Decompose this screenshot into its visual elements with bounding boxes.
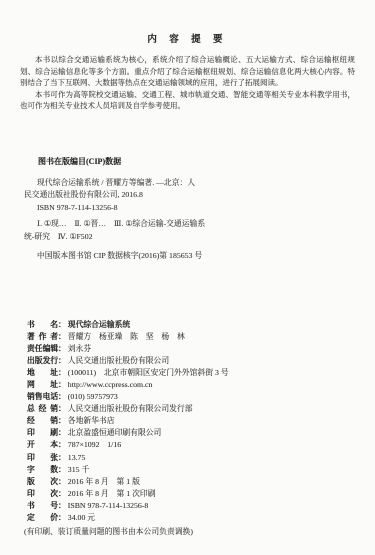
field-label: 印次	[27, 488, 58, 500]
field-value: 晋耀方 杨亚璪 陈 坚 杨 林	[68, 332, 185, 341]
label-colon: ：	[58, 513, 66, 522]
field-value: 2016 年 8 月 第 1 版	[68, 477, 140, 486]
label-colon: ：	[58, 380, 66, 389]
field-label: 总经销	[27, 403, 58, 415]
label-colon: ：	[58, 489, 66, 498]
summary-paragraph: 本书以综合交通运输系统为核心，系统介绍了综合运输概论、五大运输方式、综合运输枢纽…	[20, 54, 355, 89]
field-label: 责任编辑	[27, 343, 58, 355]
field-value: 现代综合运输系统	[68, 320, 130, 329]
colophon-row-title: 书名：现代综合运输系统	[27, 319, 355, 331]
field-label: 字数	[27, 464, 58, 476]
field-label: 书号	[27, 500, 58, 512]
field-value: ISBN 978-7-114-13256-8	[68, 501, 149, 510]
field-value: 2016 年 8 月 第 1 次印刷	[68, 489, 156, 498]
field-label: 网址	[27, 379, 58, 391]
label-colon: ：	[58, 344, 66, 353]
field-value: http://www.ccpress.com.cn	[68, 380, 153, 389]
field-label: 出版发行	[27, 355, 58, 367]
field-value: 787×1092 1/16	[68, 440, 121, 449]
colophon-row-impression: 印次：2016 年 8 月 第 1 次印刷	[27, 488, 355, 500]
field-value: 北京盈盛恒通印刷有限公司	[68, 428, 162, 437]
colophon-row-authors: 著作者：晋耀方 杨亚璪 陈 坚 杨 林	[27, 331, 355, 343]
colophon-row-website: 网址：http://www.ccpress.com.cn	[27, 379, 355, 391]
label-colon: ：	[58, 501, 66, 510]
field-value: 人民交通出版社股份有限公司	[68, 356, 169, 365]
label-colon: ：	[58, 404, 66, 413]
label-colon: ：	[58, 477, 66, 486]
cip-classification-line: Ⅰ. ①现… Ⅱ. ①晋… Ⅲ. ①综合运输-交通运输系	[24, 218, 355, 231]
field-value: 人民交通出版社股份有限公司发行部	[68, 404, 193, 413]
cip-isbn-line: ISBN 978-7-114-13256-8	[24, 202, 355, 215]
field-value: 各地新华书店	[68, 416, 115, 425]
colophon-row-address: 地址：(100011) 北京市朝阳区安定门外外馆斜街 3 号	[27, 367, 355, 379]
field-label: 印刷	[27, 427, 58, 439]
summary-paragraph: 本书可作为高等院校交通运输、交通工程、城市轨道交通、智能交通等相关专业本科教学用…	[20, 89, 355, 112]
cip-record-line: 民交通出版社股份有限公司, 2016.8	[24, 189, 355, 202]
field-label: 书名	[27, 319, 58, 331]
field-value: 315 千	[68, 465, 89, 474]
colophon-row-edition: 版次：2016 年 8 月 第 1 版	[27, 476, 355, 488]
colophon-row-retail: 经销：各地新华书店	[27, 415, 355, 427]
book-copyright-page: 内 容 提 要 本书以综合交通运输系统为核心，系统介绍了综合运输概论、五大运输方…	[0, 0, 375, 555]
content-summary-section: 内 容 提 要 本书以综合交通运输系统为核心，系统介绍了综合运输概论、五大运输方…	[20, 0, 355, 112]
field-value: 13.75	[68, 453, 86, 462]
colophon-row-sheets: 印张：13.75	[27, 452, 355, 464]
field-label: 地址	[27, 367, 58, 379]
field-value: (100011) 北京市朝阳区安定门外外馆斜街 3 号	[68, 368, 229, 377]
colophon-row-publisher: 出版发行：人民交通出版社股份有限公司	[27, 355, 355, 367]
colophon-row-word-count: 字数：315 千	[27, 464, 355, 476]
label-colon: ：	[58, 320, 66, 329]
field-label: 定价	[27, 512, 58, 524]
label-colon: ：	[58, 453, 66, 462]
cip-section: 图书在版编目(CIP)数据 现代综合运输系统 / 晋耀方等编著. —北京：人 民…	[20, 156, 355, 263]
colophon-row-isbn: 书号：ISBN 978-7-114-13256-8	[27, 500, 355, 512]
label-colon: ：	[58, 356, 66, 365]
colophon-row-sales-phone: 销售电话：(010) 59757973	[27, 391, 355, 403]
colophon-row-printer: 印刷：北京盈盛恒通印刷有限公司	[27, 427, 355, 439]
cip-heading: 图书在版编目(CIP)数据	[38, 156, 355, 168]
field-label: 印张	[27, 452, 58, 464]
cip-record: 现代综合运输系统 / 晋耀方等编著. —北京：人 民交通出版社股份有限公司, 2…	[20, 177, 355, 215]
field-value: 刘永芬	[68, 344, 91, 353]
cip-number-line: 中国版本图书馆 CIP 数据核字(2016)第 185653 号	[24, 250, 355, 263]
field-label: 著作者	[27, 331, 58, 343]
field-label: 销售电话	[27, 391, 58, 403]
label-colon: ：	[58, 368, 66, 377]
field-value: (010) 59757973	[68, 392, 118, 401]
colophon-section: 书名：现代综合运输系统 著作者：晋耀方 杨亚璪 陈 坚 杨 林 责任编辑：刘永芬…	[20, 319, 355, 539]
label-colon: ：	[58, 465, 66, 474]
field-label: 经销	[27, 415, 58, 427]
field-label: 开本	[27, 439, 58, 451]
colophon-row-distributor: 总经销：人民交通出版社股份有限公司发行部	[27, 403, 355, 415]
cip-classification: Ⅰ. ①现… Ⅱ. ①晋… Ⅲ. ①综合运输-交通运输系 统-研究 Ⅳ. ①F5…	[20, 218, 355, 243]
label-colon: ：	[58, 392, 66, 401]
quality-replacement-note: (有印刷、装订质量问题的图书由本公司负责调换)	[24, 526, 355, 538]
summary-paragraphs: 本书以综合交通运输系统为核心，系统介绍了综合运输概论、五大运输方式、综合运输枢纽…	[20, 54, 355, 112]
label-colon: ：	[58, 428, 66, 437]
cip-record-line: 现代综合运输系统 / 晋耀方等编著. —北京：人	[24, 177, 355, 190]
label-colon: ：	[58, 332, 66, 341]
colophon-row-price: 定价：34.00 元	[27, 512, 355, 524]
colophon-row-format: 开本：787×1092 1/16	[27, 439, 355, 451]
summary-title: 内 容 提 要	[20, 0, 355, 45]
field-value: 34.00 元	[68, 513, 95, 522]
label-colon: ：	[58, 440, 66, 449]
colophon-row-editor: 责任编辑：刘永芬	[27, 343, 355, 355]
cip-classification-line: 统-研究 Ⅳ. ①F502	[24, 231, 355, 244]
field-label: 版次	[27, 476, 58, 488]
label-colon: ：	[58, 416, 66, 425]
